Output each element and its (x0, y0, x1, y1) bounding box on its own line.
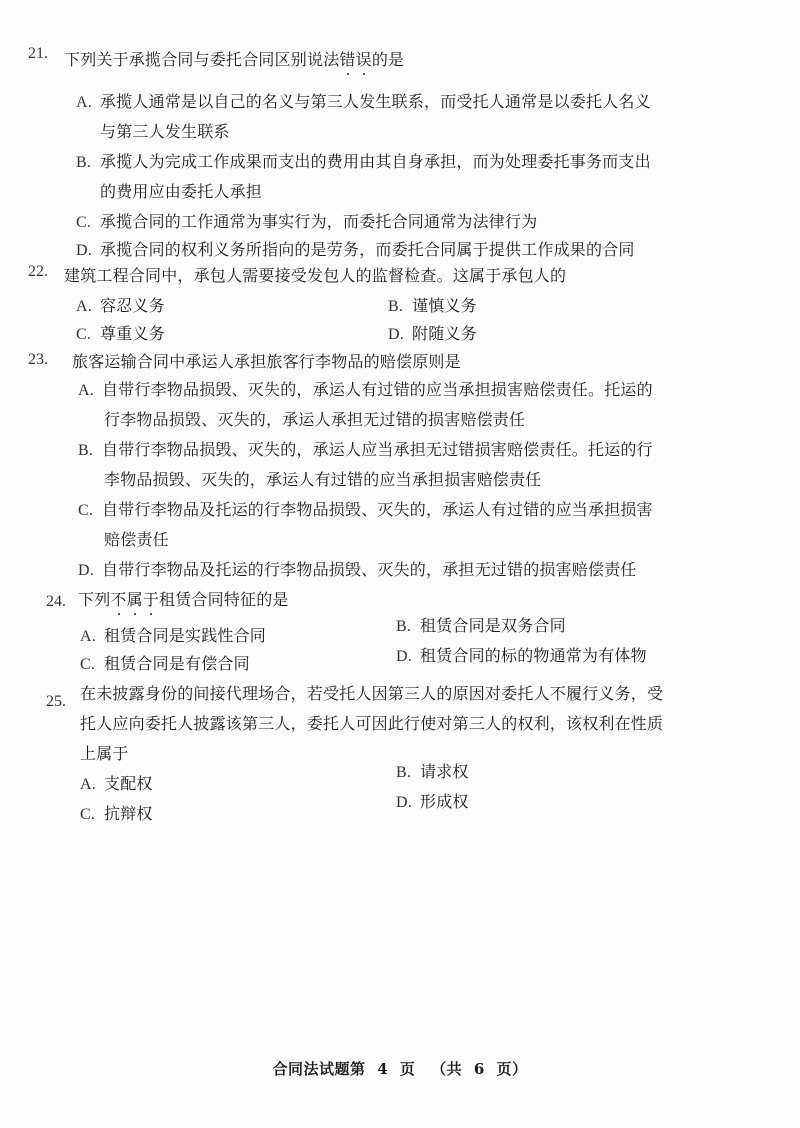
option-c: C.租赁合同是有偿合同 (80, 654, 250, 675)
question-stem: 下列不属于租赁合同特征的是 (78, 590, 289, 610)
option-c: C.抗辩权 (80, 804, 153, 825)
question-stem-line-2: 托人应向委托人披露该第三人，委托人可因此行使对第三人的权利，该权利在性质 (80, 714, 663, 734)
option-a: A.容忍义务 (76, 296, 165, 317)
question-stem-line-1: 在未披露身份的间接代理场合，若受托人因第三人的原因对委托人不履行义务，受 (80, 684, 663, 704)
option-a: A.支配权 (80, 774, 153, 795)
option-c: C.自带行李物品及托运的行李物品损毁、灭失的，承运人有过错的应当承担损害 (78, 500, 653, 521)
exam-page: 21. 下列关于承揽合同与委托合同区别说法错误的是 A.承揽人通常是以自己的名义… (0, 0, 800, 1128)
emphasis-char: 于 (143, 590, 159, 610)
page-footer: 合同法试题第 4 页 （共 6 页） (0, 1058, 800, 1079)
option-c: C.尊重义务 (76, 324, 165, 345)
question-stem: 建筑工程合同中，承包人需要接受发包人的监督检查。这属于承包人的 (64, 266, 566, 286)
option-b: B.谨慎义务 (388, 296, 477, 317)
option-d: D.租赁合同的标的物通常为有体物 (396, 646, 647, 667)
option-b-continued: 的费用应由委托人承担 (100, 182, 262, 202)
emphasis-char: 误 (356, 50, 372, 70)
emphasis-char: 错 (339, 50, 355, 70)
option-a: A.自带行李物品损毁、灭失的，承运人有过错的应当承担损害赔偿责任。托运的 (78, 380, 653, 401)
option-a-continued: 行李物品损毁、灭失的，承运人承担无过错的损害赔偿责任 (104, 410, 525, 430)
question-stem-line-3: 上属于 (80, 744, 129, 764)
emphasis-char: 属 (127, 590, 143, 610)
option-d: D.承揽合同的权利义务所指向的是劳务，而委托合同属于提供工作成果的合同 (76, 240, 635, 261)
option-a-continued: 与第三人发生联系 (100, 122, 230, 142)
question-number: 22. (28, 262, 48, 282)
question-stem: 旅客运输合同中承运人承担旅客行李物品的赔偿原则是 (72, 352, 461, 372)
option-a: A.承揽人通常是以自己的名义与第三人发生联系，而受托人通常是以委托人名义 (76, 92, 651, 113)
option-d: D.附随义务 (388, 324, 477, 345)
option-c: C.承揽合同的工作通常为事实行为，而委托合同通常为法律行为 (76, 212, 537, 233)
question-number: 23. (28, 350, 48, 370)
option-b: B.自带行李物品损毁、灭失的，承运人应当承担无过错损害赔偿责任。托运的行 (78, 440, 653, 461)
question-number: 25. (46, 692, 66, 712)
option-b-continued: 李物品损毁、灭失的，承运人有过错的应当承担损害赔偿责任 (104, 470, 541, 490)
question-number: 24. (46, 592, 66, 612)
option-d: D.自带行李物品及托运的行李物品损毁、灭失的，承担无过错的损害赔偿责任 (78, 560, 637, 581)
option-a: A.租赁合同是实践性合同 (80, 626, 266, 647)
question-stem: 下列关于承揽合同与委托合同区别说法错误的是 (64, 50, 404, 70)
option-c-continued: 赔偿责任 (104, 530, 169, 550)
emphasis-char: 不 (110, 590, 126, 610)
option-b: B.租赁合同是双务合同 (396, 616, 566, 637)
page-number: 4 (377, 1060, 388, 1078)
question-number: 21. (28, 44, 48, 64)
option-d: D.形成权 (396, 792, 469, 813)
total-pages: 6 (474, 1060, 485, 1078)
option-b: B.承揽人为完成工作成果而支出的费用由其自身承担，而为处理委托事务而支出 (76, 152, 651, 173)
option-b: B.请求权 (396, 762, 469, 783)
